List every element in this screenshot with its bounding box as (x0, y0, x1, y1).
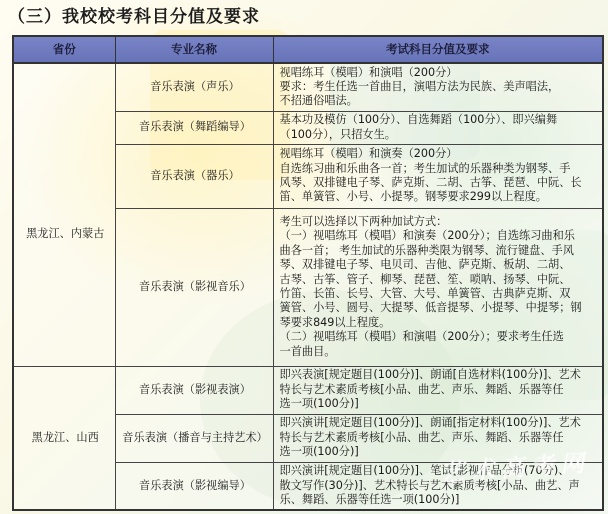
province-cell: 黑龙江、山西 (13, 366, 115, 510)
page-title: （三）我校校考科目分值及要求 (8, 2, 260, 27)
requirement-cell: 即兴表演[规定题目(100分)]、朗诵[自选材料(100分)]、艺术 特长与艺术… (273, 366, 603, 414)
requirement-line: 琴、双排键电子琴、电贝司、吉他、萨克斯、板胡、二胡、 (280, 258, 599, 272)
header-province: 省份 (13, 36, 115, 63)
requirement-line: 簧管、小号、圆号、大提琴、低音提琴、小提琴、中提琴；钢 (280, 301, 599, 315)
requirement-line: 曲各一首； 考生加试的乐器种类限为钢琴、流行键盘、手风 (280, 244, 599, 258)
requirement-line: 考生可以选择以下两种加试方式： (280, 215, 599, 229)
major-cell: 音乐表演（影视表演） (115, 366, 273, 414)
requirement-line: 选一项(100分)] (280, 445, 599, 459)
requirement-line: 视唱练耳（模唱）和演唱（200分） (280, 66, 599, 80)
requirement-line: 不招通俗唱法。 (280, 94, 599, 108)
requirement-line: （二）视唱练耳（模唱）和演唱（200分）；要求考生任选 (280, 330, 599, 344)
table-row: 黑龙江、内蒙古 音乐表演（声乐） 视唱练耳（模唱）和演唱（200分） 要求：考生… (13, 63, 603, 111)
requirement-line: 即兴演讲[规定题目(100分)]、朗诵[指定材料(100分)]、艺术 (280, 416, 599, 430)
requirement-line: 风琴、双排键电子琴、萨克斯、二胡、古筝、琵琶、中阮、长 (280, 176, 599, 190)
major-cell: 音乐表演（影视音乐） (115, 208, 273, 366)
requirement-line: 散文写作(30分)]、艺术特长与艺术素质考核[小品、曲艺、声 (280, 479, 599, 493)
header-requirements: 考试科目分值及要求 (273, 36, 603, 63)
table-header-row: 省份 专业名称 考试科目分值及要求 (13, 36, 603, 63)
requirement-cell: 视唱练耳（模唱）和演奏（200分） 自选练习曲和乐曲各一首；考生加试的乐器种类为… (273, 144, 603, 208)
requirement-line: 视唱练耳（模唱）和演奏（200分） (280, 147, 599, 161)
requirement-line: 一首曲目。 (280, 345, 599, 359)
requirement-line: 选一项(100分)] (280, 397, 599, 411)
requirement-line: 琴要求849以上程度。 (280, 316, 599, 330)
requirement-line: 即兴演讲[规定题目(100分)]、笔试[影视作品分析(70分)、 (280, 464, 599, 478)
major-cell: 音乐表演（影视编导） (115, 462, 273, 510)
requirement-line: 即兴表演[规定题目(100分)]、朗诵[自选材料(100分)]、艺术 (280, 368, 599, 382)
requirement-line: 古琴、古筝、管子、柳琴、琵琶、笙、唢呐、扬琴、中阮、 (280, 273, 599, 287)
requirement-line: 特长与艺术素质考核[小品、曲艺、声乐、舞蹈、乐器等任 (280, 431, 599, 445)
major-cell: 音乐表演（舞蹈编导） (115, 111, 273, 144)
exam-score-table: 省份 专业名称 考试科目分值及要求 黑龙江、内蒙古 音乐表演（声乐） 视唱练耳（… (12, 35, 604, 511)
requirement-cell: 即兴演讲[规定题目(100分)]、朗诵[指定材料(100分)]、艺术 特长与艺术… (273, 414, 603, 462)
major-cell: 音乐表演（播音与主持艺术） (115, 414, 273, 462)
header-major: 专业名称 (115, 36, 273, 63)
major-cell: 音乐表演（器乐） (115, 144, 273, 208)
requirement-cell: 视唱练耳（模唱）和演唱（200分） 要求：考生任选一首曲目，演唱方法为民族、美声… (273, 63, 603, 111)
requirement-line: 自选练习曲和乐曲各一首；考生加试的乐器种类为钢琴、手 (280, 162, 599, 176)
requirement-cell: 基本功及模仿（100分）、自选舞蹈（100分）、即兴编舞 （100分），只招女生… (273, 111, 603, 144)
requirement-line: 特长与艺术素质考核[小品、曲艺、声乐、舞蹈、乐器等任 (280, 383, 599, 397)
requirement-line: 笛、单簧管、小号、小提琴。钢琴要求299以上程度。 (280, 190, 599, 204)
requirement-line: （一）视唱练耳（模唱）和演奏（200分）；自选练习曲和乐 (280, 229, 599, 243)
table-row: 黑龙江、山西 音乐表演（影视表演） 即兴表演[规定题目(100分)]、朗诵[自选… (13, 366, 603, 414)
province-cell: 黑龙江、内蒙古 (13, 63, 115, 366)
requirement-line: 乐、舞蹈、乐器等任选一项(100分)] (280, 493, 599, 507)
requirement-cell: 即兴演讲[规定题目(100分)]、笔试[影视作品分析(70分)、 散文写作(30… (273, 462, 603, 510)
requirement-line: 竹笛、长笛、长号、大管、大号、单簧管、古典萨克斯、双 (280, 287, 599, 301)
requirement-line: 要求：考生任选一首曲目，演唱方法为民族、美声唱法， (280, 80, 599, 94)
requirement-line: 基本功及模仿（100分）、自选舞蹈（100分）、即兴编舞 (280, 113, 599, 127)
requirement-cell: 考生可以选择以下两种加试方式： （一）视唱练耳（模唱）和演奏（200分）；自选练… (273, 208, 603, 366)
requirement-line: （100分），只招女生。 (280, 128, 599, 142)
major-cell: 音乐表演（声乐） (115, 63, 273, 111)
